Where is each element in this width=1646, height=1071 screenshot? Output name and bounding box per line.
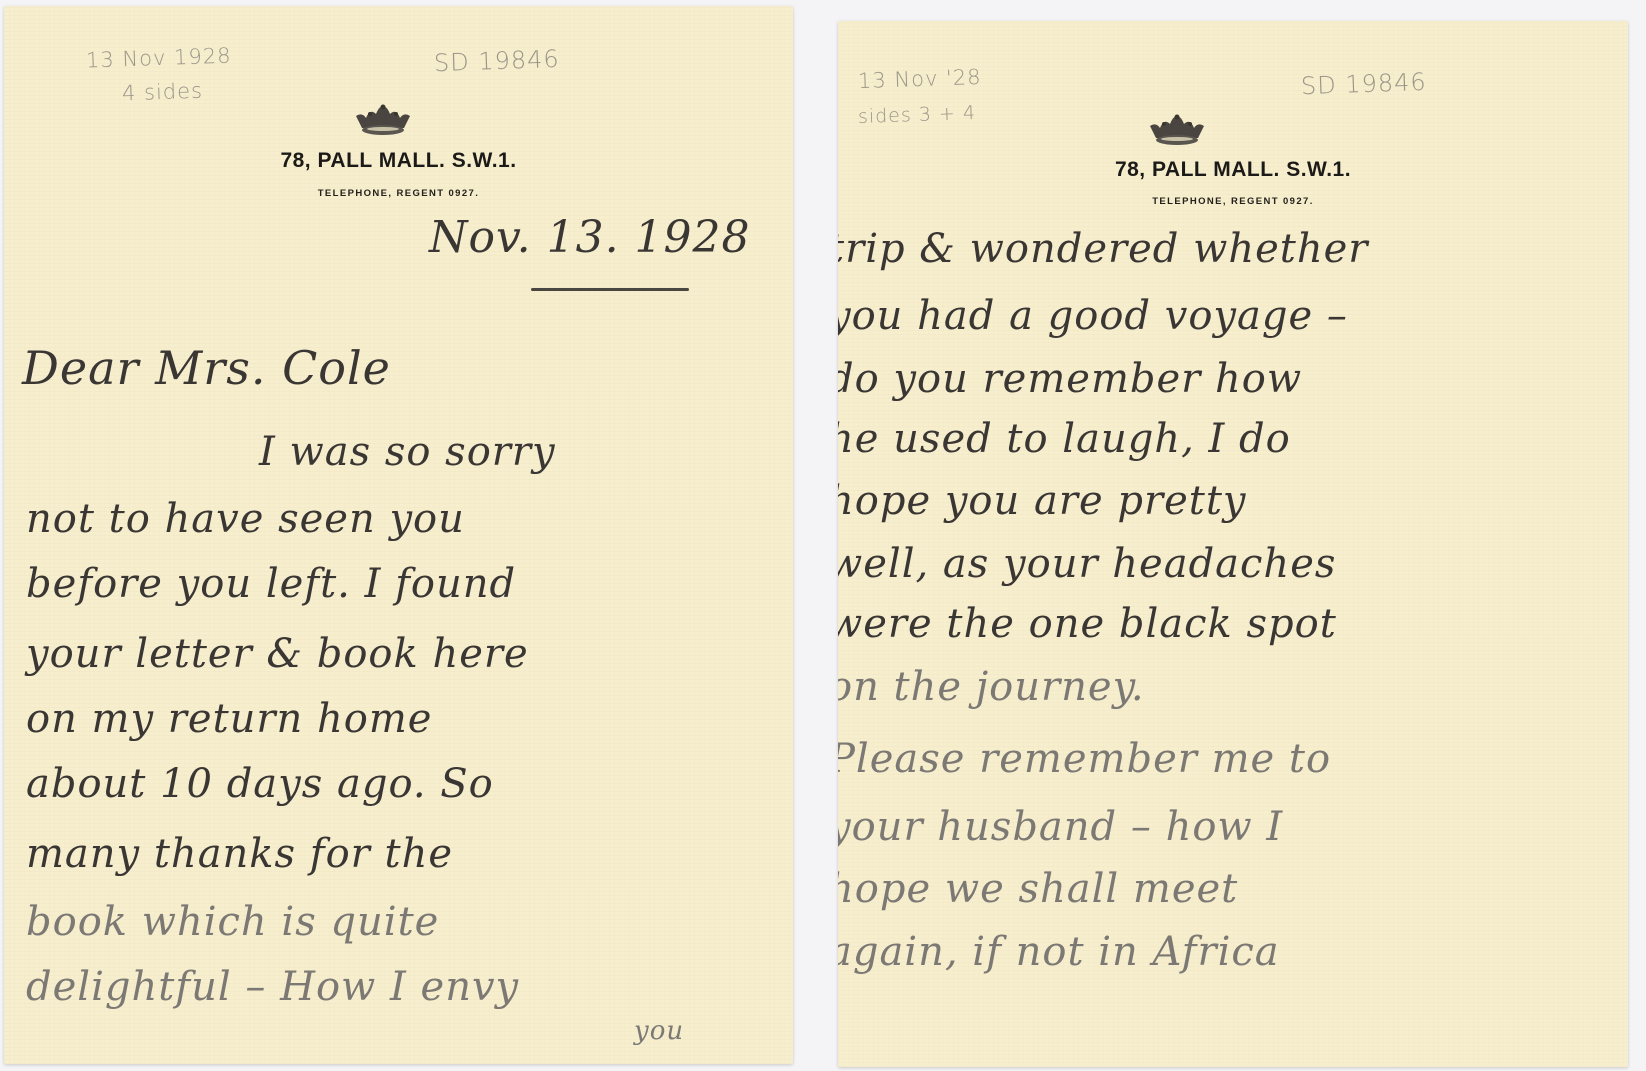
letter-line: again, if not in Africa	[838, 929, 1280, 975]
letter-line: do you remember how	[838, 356, 1302, 402]
salutation: Dear Mrs. Cole	[22, 341, 391, 395]
letter-line: on my return home	[26, 696, 432, 742]
letter-line: well, as your headaches	[838, 541, 1336, 587]
letter-line: not to have seen you	[26, 496, 465, 542]
letter-line: hope we shall meet	[838, 866, 1238, 912]
archive-note-date: 13 Nov 1928	[86, 43, 232, 72]
crown-icon	[352, 102, 414, 138]
date-underline	[531, 288, 689, 291]
letter-line-continuation: you	[634, 1016, 684, 1046]
letter-line: were the one black spot	[838, 601, 1337, 647]
letter-line: hope you are pretty	[838, 478, 1247, 524]
archive-note-date: 13 Nov '28	[858, 65, 982, 93]
archive-note-sides: sides 3 + 4	[858, 103, 977, 129]
letter-line: you had a good voyage –	[838, 293, 1348, 339]
letter-page-1: 13 Nov 1928 4 sides SD 19846 78, PALL MA…	[4, 6, 793, 1064]
letterhead-address: 78, PALL MALL. S.W.1.	[838, 158, 1628, 182]
crown-icon	[1146, 112, 1208, 148]
letter-date: Nov. 13. 1928	[429, 212, 751, 263]
letter-page-2: 13 Nov '28 sides 3 + 4 SD 19846 78, PALL…	[838, 21, 1628, 1067]
letter-line: delightful – How I envy	[26, 964, 519, 1010]
letterhead-telephone: TELEPHONE, REGENT 0927.	[838, 196, 1628, 207]
archive-reference: SD 19846	[434, 46, 561, 78]
letter-line: about 10 days ago. So	[26, 761, 494, 807]
letter-line: before you left. I found	[26, 561, 516, 607]
letter-line: trip & wondered whether	[838, 226, 1368, 272]
letter-line: on the journey.	[838, 664, 1145, 710]
letter-line: many thanks for the	[26, 831, 453, 877]
letter-line: he used to laugh, I do	[838, 416, 1291, 462]
letter-line: your husband – how I	[838, 804, 1283, 850]
letter-line: I was so sorry	[259, 429, 556, 475]
letterhead-address: 78, PALL MALL. S.W.1.	[4, 149, 793, 173]
letter-line: Please remember me to	[838, 736, 1331, 782]
letter-line: book which is quite	[26, 899, 439, 945]
archive-reference: SD 19846	[1301, 69, 1428, 101]
letter-line: your letter & book here	[26, 631, 529, 677]
letterhead-telephone: TELEPHONE, REGENT 0927.	[4, 188, 793, 199]
archive-note-sides: 4 sides	[122, 79, 204, 106]
